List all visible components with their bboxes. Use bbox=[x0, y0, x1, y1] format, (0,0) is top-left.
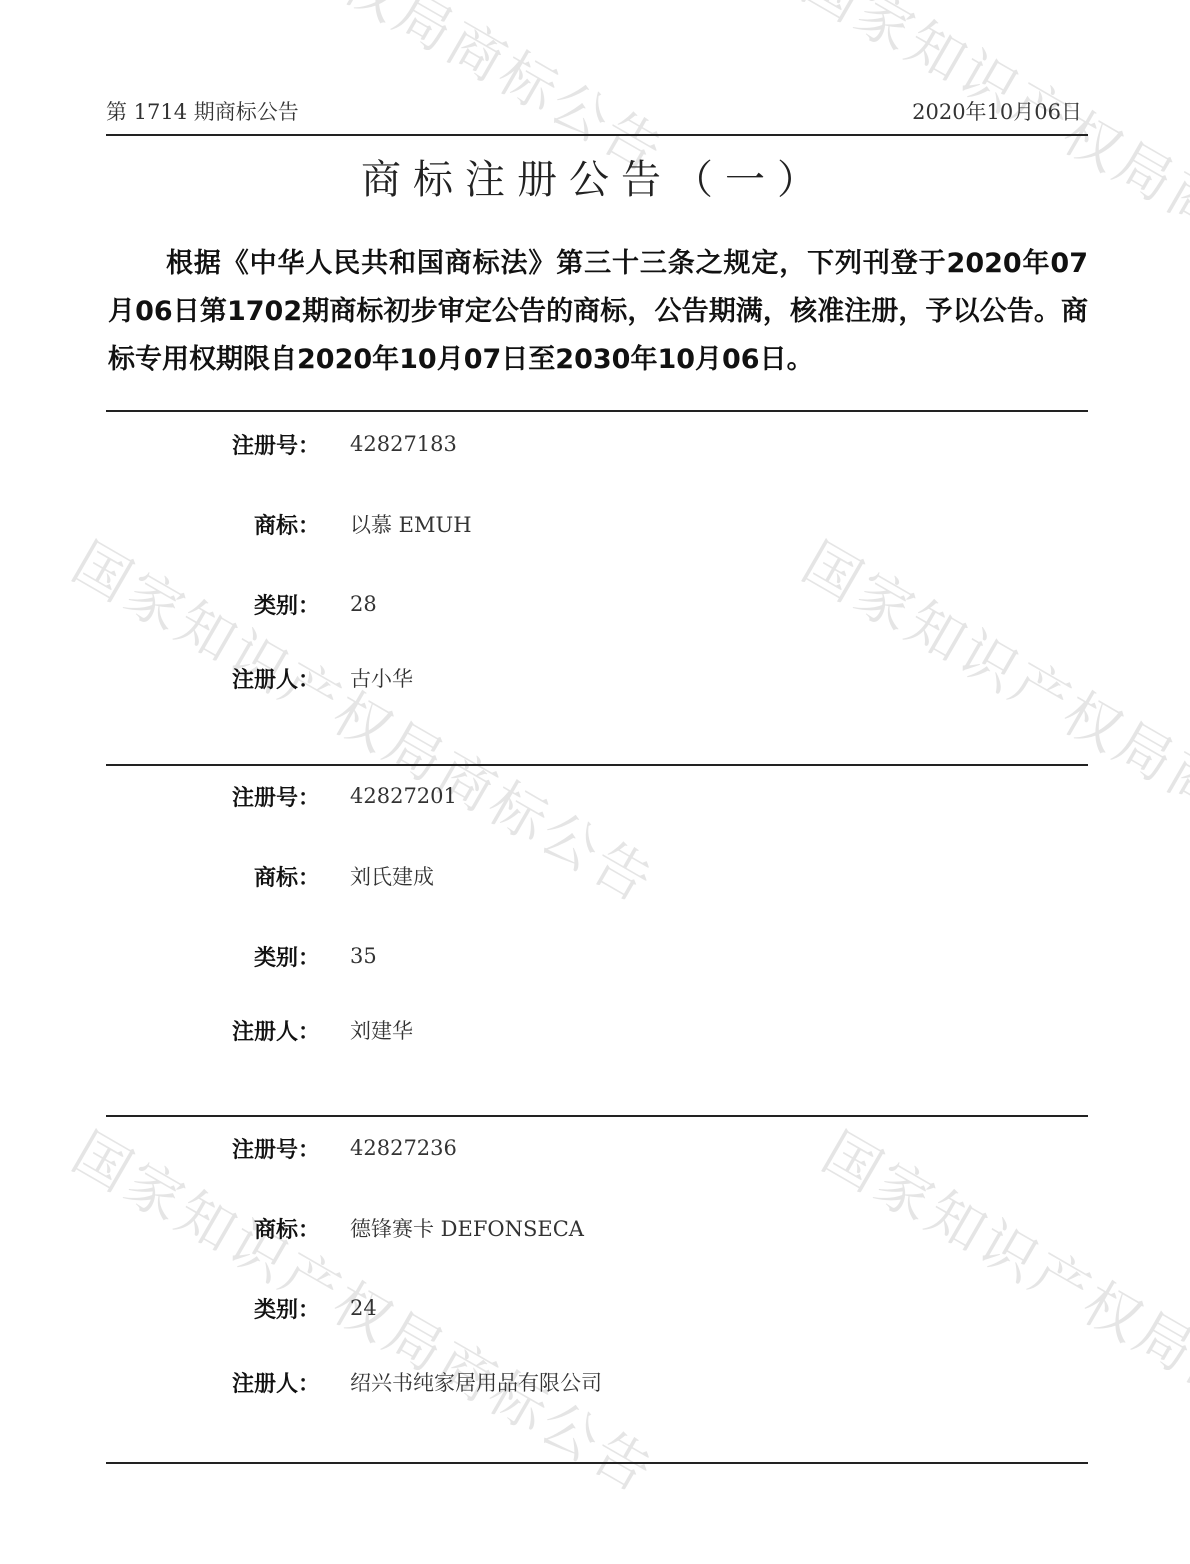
reg-no-label: 注册号： bbox=[106, 429, 350, 460]
issue-number: 第 1714 期商标公告 bbox=[106, 96, 299, 126]
class-label: 类别： bbox=[106, 589, 350, 620]
class-value: 28 bbox=[350, 592, 377, 616]
reg-no-value: 42827183 bbox=[350, 432, 457, 456]
reg-no-label: 注册号： bbox=[106, 1133, 350, 1164]
watermark: 国家知识产权局商标公告 bbox=[790, 520, 1190, 919]
mark-value: 德锋赛卡 DEFONSECA bbox=[350, 1213, 584, 1243]
registrant-label: 注册人： bbox=[106, 1367, 350, 1398]
entry-divider bbox=[106, 764, 1088, 766]
mark-label: 商标： bbox=[106, 509, 350, 540]
reg-no-value: 42827201 bbox=[350, 784, 457, 808]
class-value: 35 bbox=[350, 944, 377, 968]
footer-divider bbox=[106, 1462, 1088, 1464]
registrant-value: 古小华 bbox=[350, 663, 413, 693]
registrant-label: 注册人： bbox=[106, 663, 350, 694]
registrant-label: 注册人： bbox=[106, 1015, 350, 1046]
mark-label: 商标： bbox=[106, 861, 350, 892]
registrant-value: 刘建华 bbox=[350, 1015, 413, 1045]
reg-no-label: 注册号： bbox=[106, 781, 350, 812]
page-title: 商标注册公告（一） bbox=[0, 148, 1190, 205]
class-label: 类别： bbox=[106, 1293, 350, 1324]
mark-label: 商标： bbox=[106, 1213, 350, 1244]
intro-paragraph: 根据《中华人民共和国商标法》第三十三条之规定，下列刊登于2020年07月06日第… bbox=[108, 240, 1088, 384]
entry-divider bbox=[106, 410, 1088, 412]
registrant-value: 绍兴书纯家居用品有限公司 bbox=[350, 1367, 602, 1397]
header-divider bbox=[106, 134, 1088, 136]
watermark: 国家知识产权局商标公告 bbox=[810, 1110, 1190, 1509]
class-label: 类别： bbox=[106, 941, 350, 972]
class-value: 24 bbox=[350, 1296, 377, 1320]
mark-value: 以慕 EMUH bbox=[350, 509, 472, 539]
reg-no-value: 42827236 bbox=[350, 1136, 457, 1160]
mark-value: 刘氏建成 bbox=[350, 861, 434, 891]
entry-divider bbox=[106, 1115, 1088, 1117]
publication-date: 2020年10月06日 bbox=[912, 96, 1082, 126]
